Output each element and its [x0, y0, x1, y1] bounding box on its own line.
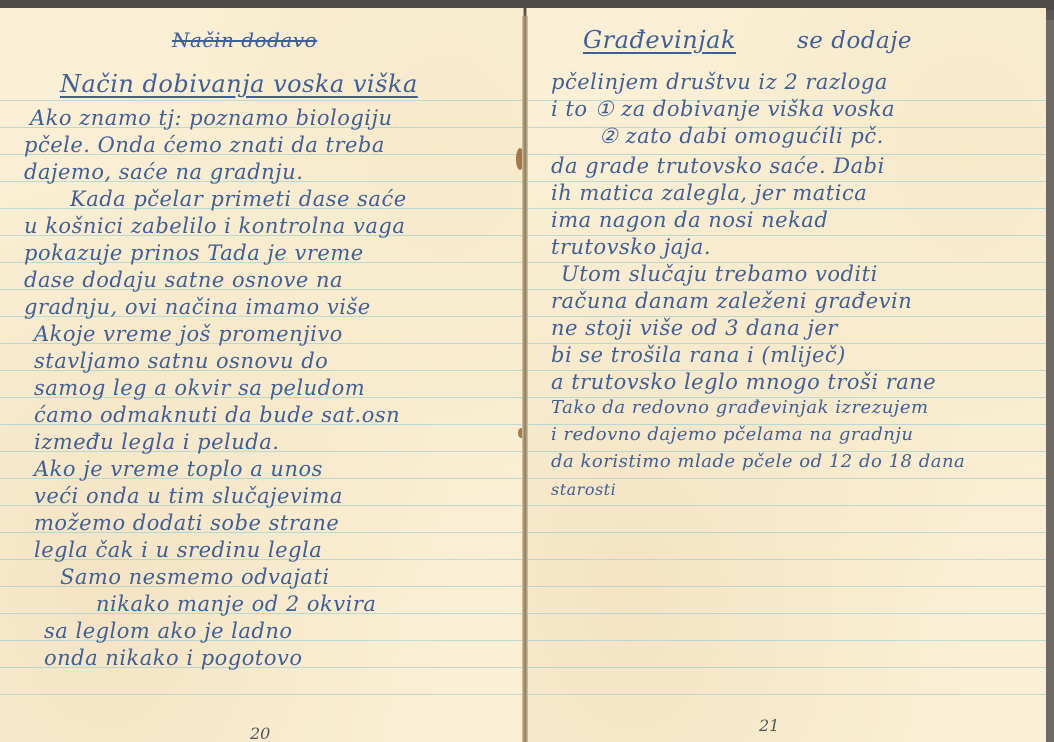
- page-number: 20: [250, 724, 270, 742]
- ruled-line: [527, 640, 1046, 641]
- struck-heading: Način dodavo: [172, 28, 317, 52]
- text-line: samog leg a okvir sa peludom: [34, 376, 365, 400]
- text-line: ih matica zalegla, jer matica: [551, 181, 867, 205]
- text-line: da koristimo mlade pčele od 12 do 18 dan…: [551, 451, 965, 472]
- ruled-line: [527, 667, 1046, 668]
- text-line: a trutovsko leglo mnogo troši rane: [551, 370, 936, 394]
- text-line: pokazuje prinos Tada je vreme: [24, 241, 364, 265]
- ruled-line: [527, 613, 1046, 614]
- left-page: Način dodavo Način dobivanja voska viška…: [0, 8, 524, 742]
- text-line: starosti: [551, 480, 616, 499]
- ruled-line: [527, 478, 1046, 479]
- text-line: između legla i peluda.: [34, 430, 279, 454]
- text-line: ima nagon da nosi nekad: [551, 208, 828, 232]
- scan-right-edge: [1046, 20, 1054, 742]
- text-line: onda nikako i pogotovo: [44, 646, 303, 670]
- text-line: dajemo, saće na gradnju.: [24, 160, 303, 184]
- text-line: pčelinjem društvu iz 2 razloga: [551, 70, 888, 94]
- ruled-line: [527, 505, 1046, 506]
- page-number: 21: [759, 716, 779, 735]
- text-line: trutovsko jaja.: [551, 235, 711, 259]
- book-binding: [522, 16, 528, 742]
- text-line: sa leglom ako je ladno: [44, 619, 293, 643]
- ruled-line: [0, 100, 523, 101]
- ruled-line: [527, 559, 1046, 560]
- text-line: stavljamo satnu osnovu do: [34, 349, 328, 373]
- notebook-spread: Način dodavo Način dobivanja voska viška…: [0, 8, 1054, 742]
- text-line: i to ① za dobivanje viška voska: [551, 97, 895, 121]
- text-line: Kada pčelar primeti dase saće: [70, 187, 407, 211]
- text-line: Tako da redovno građevinjak izrezujem: [551, 397, 929, 418]
- text-line: bi se trošila rana i (mliječ): [551, 343, 846, 367]
- text-line: Utom slučaju trebamo voditi: [561, 262, 878, 286]
- text-line: i redovno dajemo pčelama na gradnju: [551, 424, 914, 445]
- ruled-line: [527, 532, 1046, 533]
- text-line: ne stoji više od 3 dana jer: [551, 316, 838, 340]
- left-page-heading: Način dobivanja voska viška: [60, 70, 418, 98]
- text-line: da grade trutovsko saće. Dabi: [551, 154, 885, 178]
- text-line: ćamo odmaknuti da bude sat.osn: [34, 403, 400, 427]
- text-line: Akoje vreme još promenjivo: [34, 322, 343, 346]
- text-line: veći onda u tim slučajevima: [34, 484, 343, 508]
- text-line: dase dodaju satne osnove na: [24, 268, 343, 292]
- text-line: računa danam zaleženi građevin: [551, 289, 912, 313]
- text-line: u košnici zabelilo i kontrolna vaga: [24, 214, 405, 238]
- ruled-line: [0, 694, 523, 695]
- text-line: legla čak i u sredinu legla: [34, 538, 322, 562]
- text-line: nikako manje od 2 okvira: [96, 592, 376, 616]
- text-line: Ako je vreme toplo a unos: [34, 457, 323, 481]
- text-line: možemo dodati sobe strane: [34, 511, 339, 535]
- text-line: Samo nesmemo odvajati: [60, 565, 330, 589]
- text-line: pčele. Onda ćemo znati da treba: [24, 133, 385, 157]
- text-line: Ako znamo tj: poznamo biologiju: [30, 106, 393, 130]
- right-page: Građevinjak se dodaje pčelinjem društvu …: [526, 8, 1046, 742]
- text-line: ② zato dabi omogućili pč.: [599, 124, 884, 148]
- ruled-line: [527, 694, 1046, 695]
- text-line: gradnju, ovi načina imamo više: [24, 295, 371, 319]
- right-page-heading: Građevinjak: [583, 26, 736, 54]
- heading-continuation: se dodaje: [797, 28, 912, 54]
- ruled-line: [527, 586, 1046, 587]
